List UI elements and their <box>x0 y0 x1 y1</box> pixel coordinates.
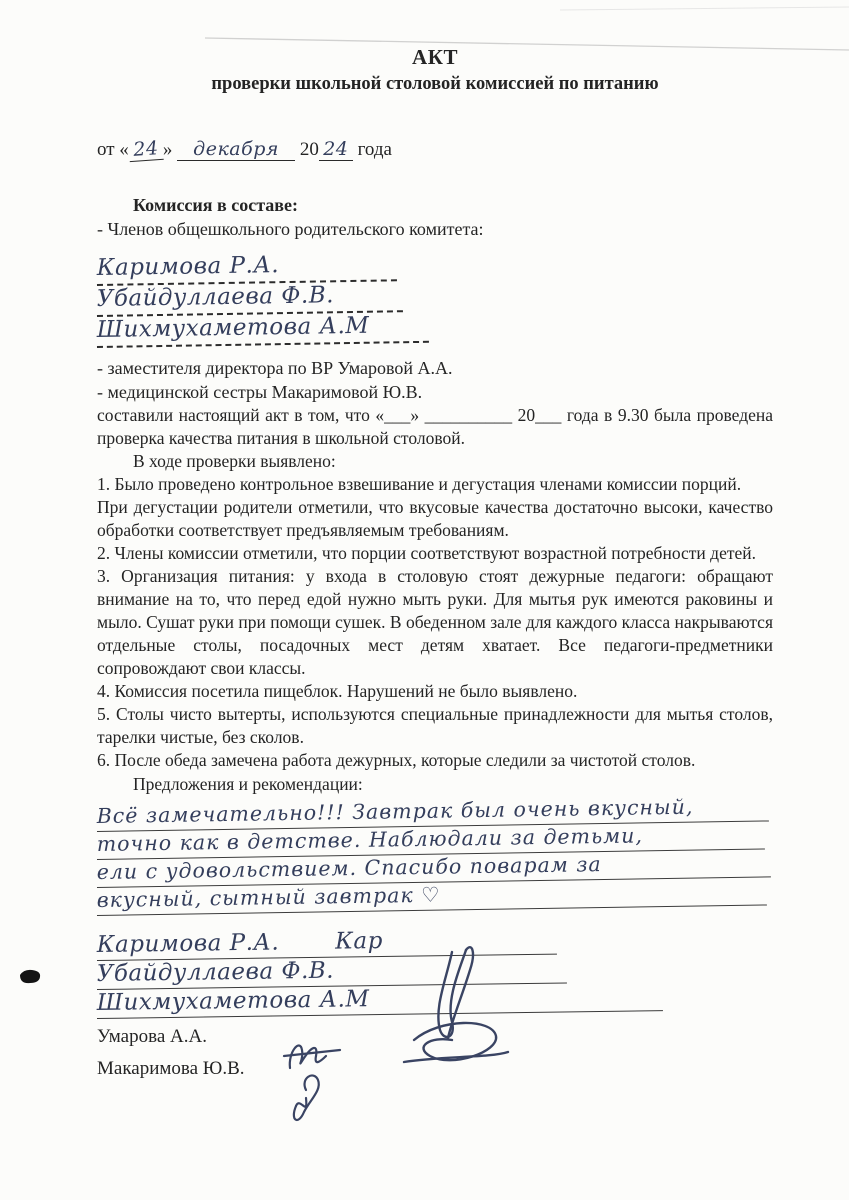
recommendation-text-1: Всё замечательно!!! Завтрак был очень вк… <box>97 795 694 828</box>
date-month-blank: декабря <box>177 139 295 161</box>
date-year-handwritten: 24 <box>323 138 348 160</box>
handwritten-recommendations-block: Всё замечательно!!! Завтрак был очень вк… <box>97 804 773 916</box>
printed-name-umarova: Умарова А.А. <box>97 1023 773 1051</box>
date-day-blank: 24 <box>128 138 163 162</box>
act-statement: составили настоящий акт в том, что «___»… <box>97 404 773 450</box>
document-subtitle: проверки школьной столовой комиссией по … <box>97 72 773 97</box>
recommendations-heading: Предложения и рекомендации: <box>97 773 773 796</box>
handwritten-member-row: Убайдуллаева Ф.В. <box>97 281 403 317</box>
signature-name-ubaydullaeva: Убайдуллаева Ф.В. <box>97 958 335 987</box>
official-line-nurse: - медицинской сестры Макаримовой Ю.В. <box>97 380 773 404</box>
scanned-document-page: АКТ проверки школьной столовой комиссией… <box>0 0 849 1200</box>
member-name-3: Шихмухаметова А.М <box>97 313 370 343</box>
commission-heading: Комиссия в составе: <box>97 193 773 217</box>
handwritten-member-row: Шихмухаметова А.М <box>97 312 429 348</box>
signature-name-shihmuhametova: Шихмухаметова А.М <box>97 986 370 1016</box>
commission-group-label: - Членов общешкольного родительского ком… <box>97 217 773 241</box>
finding-item-5: 5. Столы чисто вытерты, используются спе… <box>97 703 773 749</box>
recommendation-text-4: вкусный, сытный завтрак ♡ <box>97 883 441 912</box>
finding-note-degustation: При дегустации родители отметили, что вк… <box>97 496 773 542</box>
official-line-deputy: - заместителя директора по ВР Умаровой А… <box>97 356 773 380</box>
signature-name-karimova: Каримова Р.А. <box>97 929 280 958</box>
signature-initial-karimova: Кар <box>335 928 383 955</box>
finding-item-2: 2. Члены комиссии отметили, что порции с… <box>97 542 773 565</box>
member-name-1: Каримова Р.А. <box>97 252 280 281</box>
handwritten-members-block: Каримова Р.А. Убайдуллаева Ф.В. Шихмухам… <box>97 255 773 348</box>
signatures-block: Каримова Р.А.Кар Убайдуллаева Ф.В. Шихму… <box>97 932 773 1083</box>
date-suffix: года <box>358 139 392 160</box>
finding-item-1: 1. Было проведено контрольное взвешивани… <box>97 473 773 496</box>
finding-item-4: 4. Комиссия посетила пищеблок. Нарушений… <box>97 680 773 703</box>
findings-heading: В ходе проверки выявлено: <box>97 450 773 473</box>
date-close-quote: » <box>163 139 173 160</box>
document-title: АКТ <box>97 44 773 70</box>
printed-name-makarimova: Макаримова Ю.В. <box>97 1055 773 1083</box>
date-month-handwritten: декабря <box>193 138 279 160</box>
date-line: от «24» декабря 2024 года <box>97 137 773 163</box>
date-day-handwritten: 24 <box>132 137 159 161</box>
member-name-2: Убайдуллаева Ф.В. <box>97 282 335 312</box>
finding-item-6: 6. После обеда замечена работа дежурных,… <box>97 749 773 772</box>
date-prefix: от « <box>97 139 129 160</box>
date-year-blank: 24 <box>319 139 353 161</box>
document-content: АКТ проверки школьной столовой комиссией… <box>0 0 849 1083</box>
handwritten-member-row: Каримова Р.А. <box>97 250 397 286</box>
finding-item-3: 3. Организация питания: у входа в столов… <box>97 565 773 680</box>
date-year-printed: 20 <box>300 139 319 160</box>
